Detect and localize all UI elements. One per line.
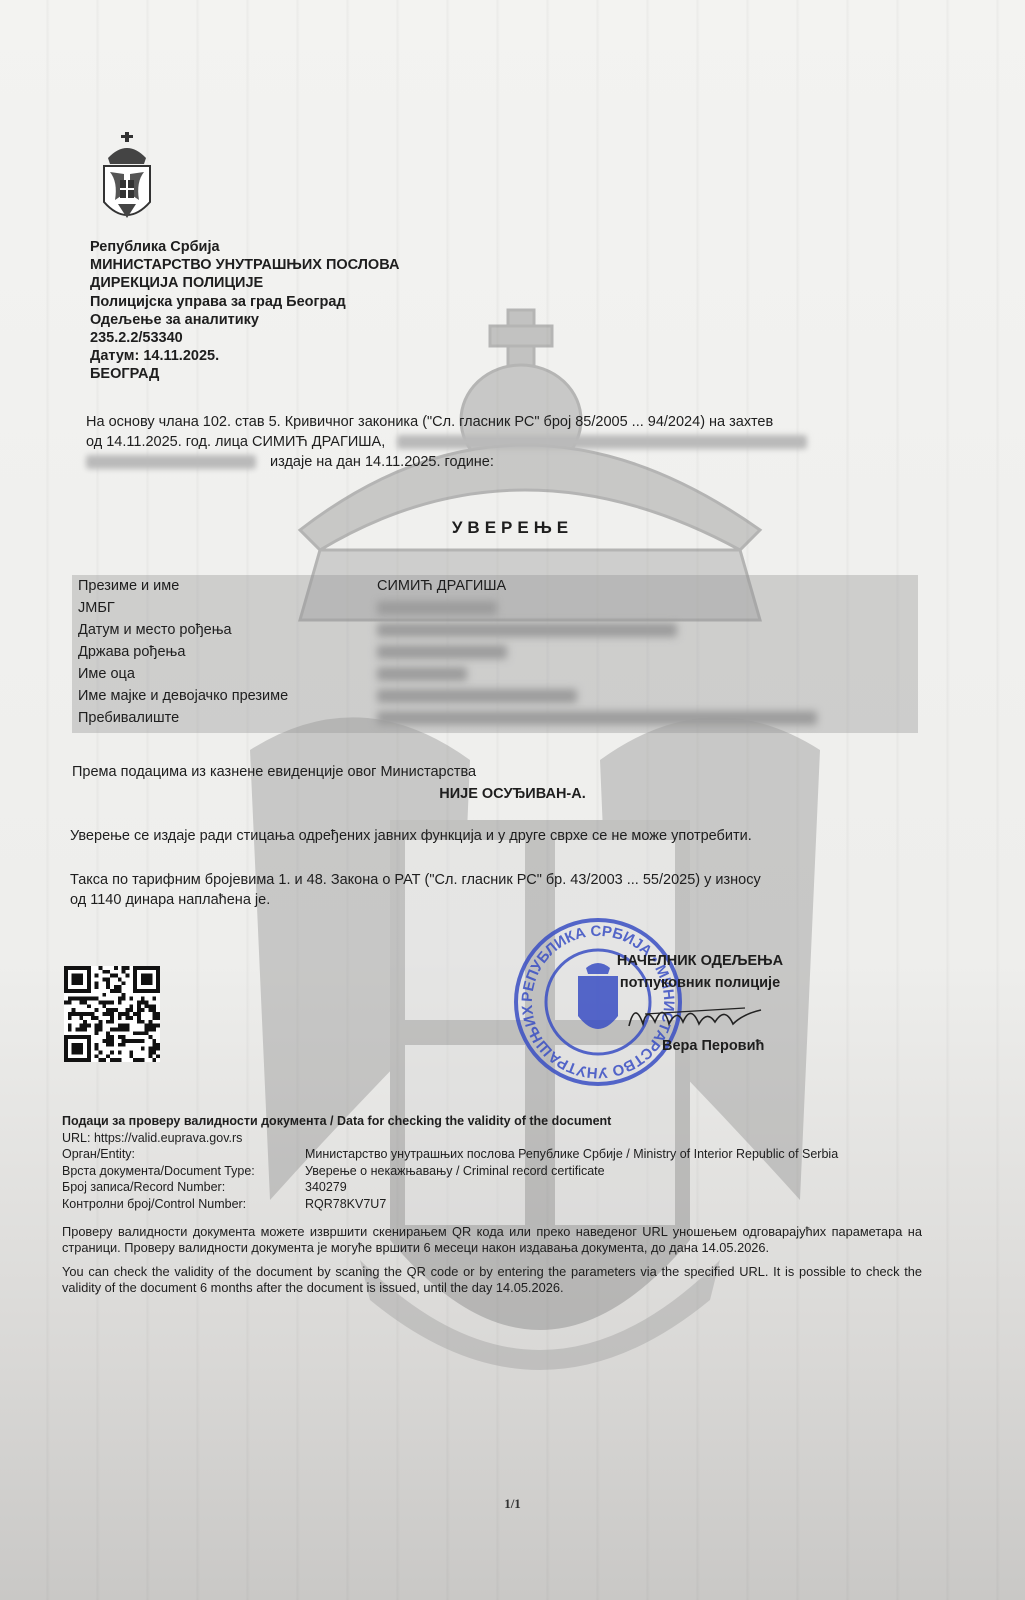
issue-date: Датум: 14.11.2025.	[90, 347, 399, 365]
label-birth-country: Држава рођења	[78, 641, 185, 663]
label-jmbg: ЈМБГ	[78, 597, 115, 619]
field-value: RQR78KV7U7	[305, 1196, 386, 1213]
document-title: УВЕРЕЊЕ	[0, 518, 1025, 538]
validity-note-serbian: Проверу валидности документа можете извр…	[62, 1224, 922, 1256]
qr-code-icon[interactable]	[64, 966, 160, 1062]
reference-number: 235.2.2/53340	[90, 329, 399, 347]
label-surname-name: Презиме и име	[78, 575, 179, 597]
redacted-mother-name	[377, 689, 577, 703]
validity-heading: Подаци за проверу валидности документа /…	[62, 1113, 922, 1130]
fee-statement-line-2: од 1140 динара наплаћена је.	[70, 890, 270, 910]
intro-paragraph: На основу члана 102. став 5. Кривичног з…	[86, 412, 916, 472]
validity-section: Подаци за проверу валидности документа /…	[62, 1113, 922, 1296]
header-line: Полицијска управа за град Београд	[90, 293, 399, 311]
field-value: 340279	[305, 1179, 347, 1196]
certificate-page: Република Србија МИНИСТАРСТВО УНУТРАШЊИХ…	[0, 0, 1025, 1600]
field-value: Уверење о некажњавању / Criminal record …	[305, 1163, 605, 1180]
signatory-rank: потпуковник полиције	[590, 972, 810, 994]
intro-line-2-text: од 14.11.2025. год. лица СИМИЋ ДРАГИША,	[86, 434, 385, 450]
redacted-birth-date-place	[377, 623, 677, 637]
redacted-father-name	[377, 667, 467, 681]
label-residence: Пребивалиште	[78, 707, 179, 729]
validity-field-control-number: Контролни број/Control Number: RQR78KV7U…	[62, 1196, 922, 1213]
field-key: Број записа/Record Number:	[62, 1179, 225, 1196]
handwritten-signature-icon	[625, 996, 765, 1036]
field-key: Орган/Entity:	[62, 1146, 135, 1163]
header-line: ДИРЕКЦИЈА ПОЛИЦИЈЕ	[90, 274, 399, 292]
intro-line-2: од 14.11.2025. год. лица СИМИЋ ДРАГИША,	[86, 432, 916, 452]
label-mother-name: Име мајке и девојачко презиме	[78, 685, 288, 707]
header-line: Одељење за аналитику	[90, 311, 399, 329]
redacted-residence	[377, 711, 817, 725]
validity-field-entity: Орган/Entity: Министарство унутрашњих по…	[62, 1146, 922, 1163]
signatory-title: НАЧЕЛНИК ОДЕЉЕЊА	[590, 950, 810, 972]
value-surname-name: СИМИЋ ДРАГИША	[377, 575, 506, 597]
issue-city: БЕОГРАД	[90, 365, 399, 383]
validity-note-english: You can check the validity of the docume…	[62, 1264, 922, 1296]
page-number: 1/1	[0, 1496, 1025, 1512]
records-statement: Према подацима из казнене евиденције ово…	[72, 762, 476, 782]
serbian-crest-icon	[100, 132, 154, 228]
issuer-header: Република Србија МИНИСТАРСТВО УНУТРАШЊИХ…	[90, 238, 399, 384]
validity-url[interactable]: URL: https://valid.euprava.gov.rs	[62, 1130, 922, 1147]
intro-line-1: На основу члана 102. став 5. Кривичног з…	[86, 412, 916, 432]
redacted-jmbg	[377, 601, 497, 615]
label-birth-date-place: Датум и место рођења	[78, 619, 232, 641]
header-line: МИНИСТАРСТВО УНУТРАШЊИХ ПОСЛОВА	[90, 256, 399, 274]
personal-data-table: Презиме и име СИМИЋ ДРАГИША ЈМБГ Датум и…	[72, 575, 918, 733]
verdict: НИЈЕ ОСУЂИВАН-А.	[0, 784, 1025, 804]
redacted-text	[397, 435, 807, 449]
header-line: Република Србија	[90, 238, 399, 256]
validity-field-doc-type: Врста документа/Document Type: Уверење о…	[62, 1163, 922, 1180]
purpose-statement: Уверење се издаје ради стицања одређених…	[70, 826, 752, 846]
validity-field-record-number: Број записа/Record Number: 340279	[62, 1179, 922, 1196]
field-value: Министарство унутрашњих послова Републик…	[305, 1146, 838, 1163]
intro-line-3-text: издаје на дан 14.11.2025. године:	[270, 454, 494, 470]
redacted-text	[86, 455, 256, 469]
fee-statement-line-1: Такса по тарифним бројевима 1. и 48. Зак…	[70, 870, 761, 890]
intro-line-3: издаје на дан 14.11.2025. године:	[86, 452, 916, 472]
signatory-block: НАЧЕЛНИК ОДЕЉЕЊА потпуковник полиције	[590, 950, 810, 994]
field-key: Врста документа/Document Type:	[62, 1163, 255, 1180]
signatory-name: Вера Перовић	[662, 1036, 764, 1056]
label-father-name: Име оца	[78, 663, 135, 685]
field-key: Контролни број/Control Number:	[62, 1196, 246, 1213]
redacted-birth-country	[377, 645, 507, 659]
